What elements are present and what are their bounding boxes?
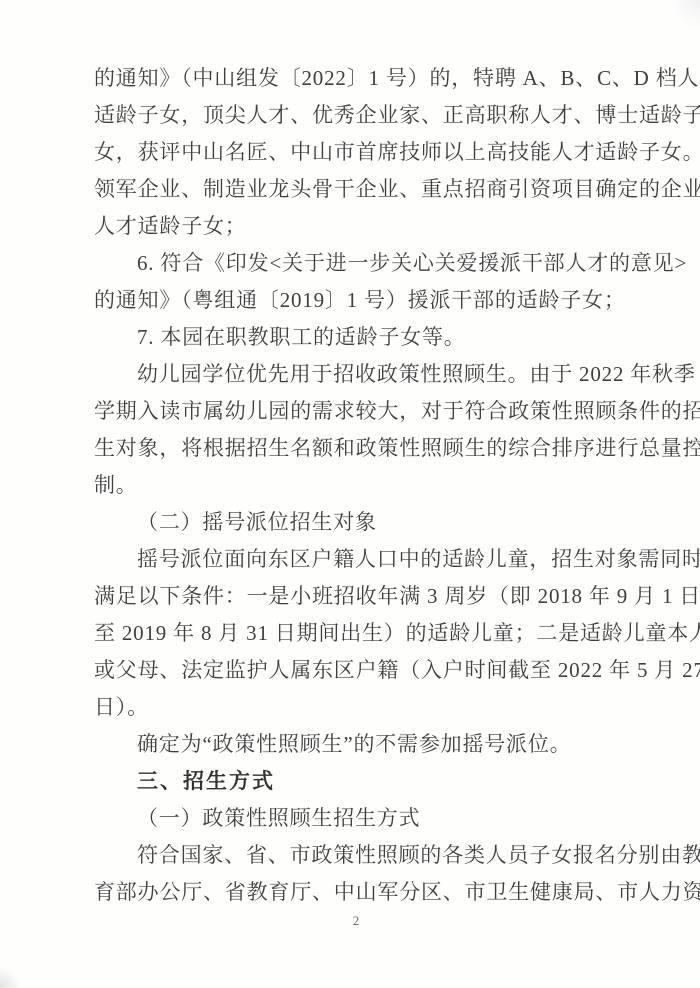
document-line: 的通知》（中山组发〔2022〕1 号）的，特聘 A、B、C、D 档人才 [94,60,618,97]
document-line: 符合国家、省、市政策性照顾的各类人员子女报名分别由教 [94,837,618,874]
document-page: 的通知》（中山组发〔2022〕1 号）的，特聘 A、B、C、D 档人才 适龄子女… [0,0,700,988]
subsection-heading-2: （二）摇号派位招生对象 [94,504,618,541]
document-line: 育部办公厅、省教育厅、中山军分区、市卫生健康局、市人力资 [94,874,618,911]
document-line: 制。 [94,467,618,504]
document-body-text: 的通知》（中山组发〔2022〕1 号）的，特聘 A、B、C、D 档人才 适龄子女… [94,60,618,911]
document-line: 的通知》（粤组通〔2019〕1 号）援派干部的适龄子女； [94,282,618,319]
document-line: 幼儿园学位优先用于招收政策性照顾生。由于 2022 年秋季 [94,356,618,393]
document-line-item-7: 7. 本园在职教职工的适龄子女等。 [94,319,618,356]
document-line: 人才适龄子女； [94,208,618,245]
document-line: 日）。 [94,689,618,726]
page-number: 2 [94,913,618,929]
document-line: 生对象，将根据招生名额和政策性照顾生的综合排序进行总量控 [94,430,618,467]
document-line: 适龄子女，顶尖人才、优秀企业家、正高职称人才、博士适龄子 [94,97,618,134]
document-line: 确定为“政策性照顾生”的不需参加摇号派位。 [94,726,618,763]
document-line: 女，获评中山名匠、中山市首席技师以上高技能人才适龄子女。 [94,134,618,171]
document-line: 学期入读市属幼儿园的需求较大，对于符合政策性照顾条件的招 [94,393,618,430]
subsection-heading-1: （一）政策性照顾生招生方式 [94,800,618,837]
document-line: 摇号派位面向东区户籍人口中的适龄儿童，招生对象需同时 [94,541,618,578]
document-line: 满足以下条件：一是小班招收年满 3 周岁（即 2018 年 9 月 1 日 [94,578,618,615]
document-line: 或父母、法定监护人属东区户籍（入户时间截至 2022 年 5 月 27 [94,652,618,689]
section-heading-3: 三、招生方式 [94,763,618,800]
document-line-item-6: 6. 符合《印发<关于进一步关心关爱援派干部人才的意见> [94,245,618,282]
document-line: 领军企业、制造业龙头骨干企业、重点招商引资项目确定的企业 [94,171,618,208]
document-line: 至 2019 年 8 月 31 日期间出生）的适龄儿童；二是适龄儿童本人 [94,615,618,652]
